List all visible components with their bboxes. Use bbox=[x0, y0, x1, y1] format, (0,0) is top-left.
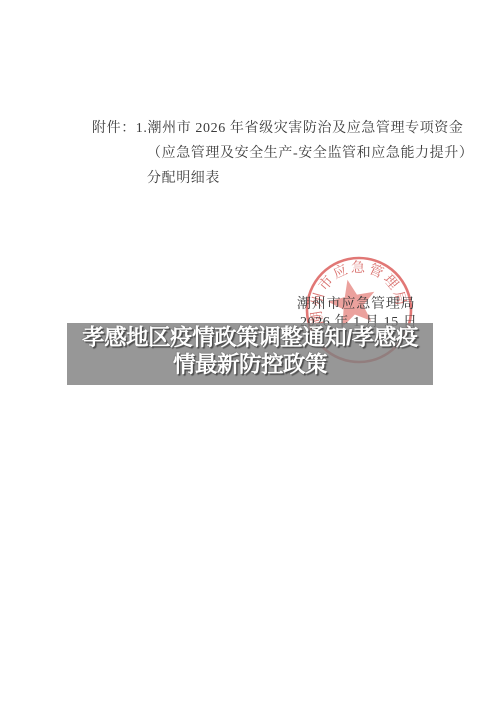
attachment-line-3: 分配明细表 bbox=[147, 167, 220, 187]
headline-overlay-text: 孝感地区疫情政策调整通知/孝感疫 情最新防控政策 bbox=[0, 324, 500, 378]
headline-line-2: 情最新防控政策 bbox=[0, 351, 500, 378]
document-page: 附件：1.潮州市 2026 年省级灾害防治及应急管理专项资金 （应急管理及安全生… bbox=[0, 0, 500, 707]
attachment-line-2: （应急管理及安全生产-安全监管和应急能力提升） bbox=[147, 142, 473, 162]
agency-name: 潮州市应急管理局 bbox=[297, 293, 415, 313]
attachment-line-1: 附件：1.潮州市 2026 年省级灾害防治及应急管理专项资金 bbox=[92, 117, 464, 137]
headline-line-1: 孝感地区疫情政策调整通知/孝感疫 bbox=[0, 324, 500, 351]
